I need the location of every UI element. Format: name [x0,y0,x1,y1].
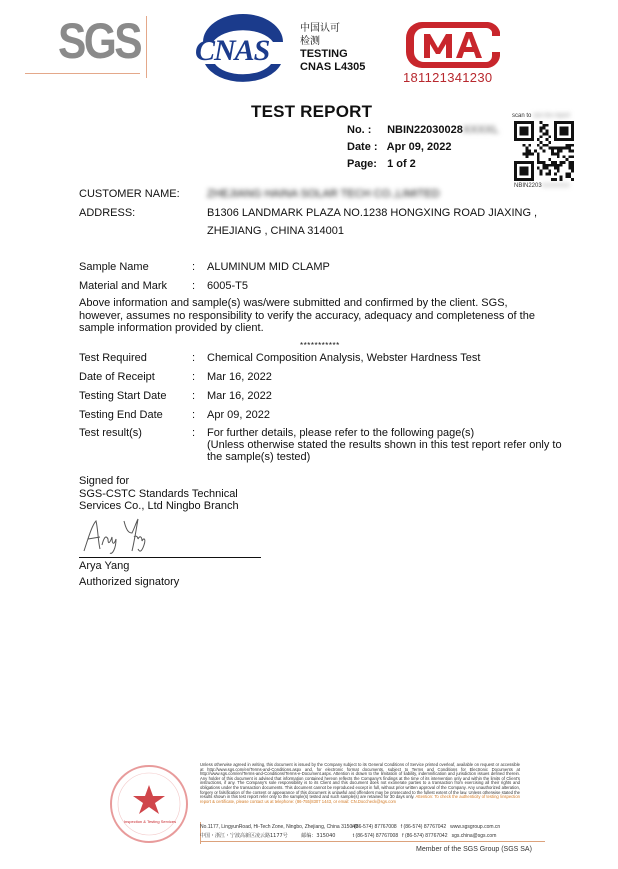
test-row-label: Test Required [79,352,147,364]
qr-id-text: NBIN2203 [514,183,542,189]
seal-label: Inspection & Testing Services [122,819,178,824]
cnas-line: 检测 [300,35,365,48]
cnas-logo-text: CNAS [195,34,269,68]
handwritten-signature [80,515,150,557]
report-date-value: Apr 09, 2022 [387,141,452,153]
test-row-value: Apr 09, 2022 [207,409,270,421]
company-seal: Inspection & Testing Services [108,763,190,845]
email-link[interactable]: sgs.china@sgs.com [452,832,497,841]
cma-mark-icon [400,18,505,70]
sample-name-value: ALUMINUM MID CLAMP [207,261,330,273]
qr-caption: scan to see the report [512,113,570,119]
qr-code[interactable] [514,120,574,182]
fax: f (86-574) 87767042 [402,832,450,841]
cma-number: 181121341230 [403,70,492,85]
customer-name-label: CUSTOMER NAME: [79,188,180,200]
contact-info: No.1177, LingyunRoad, Hi-Tech Zone, Ning… [200,823,500,841]
report-page-label: Page: [347,158,384,170]
address-line-1: B1306 LANDMARK PLAZA NO.1238 HONGXING RO… [207,207,537,219]
cnas-line: CNAS L4305 [300,61,365,74]
report-number-label: No. : [347,124,384,136]
test-row-label: Test result(s) [79,427,142,439]
website-link[interactable]: www.sgsgroup.com.cn [450,823,500,832]
test-row-value: For further details, please refer to the… [207,427,474,439]
test-row-label: Testing Start Date [79,390,166,402]
signatory-name: Arya Yang [79,560,129,572]
qr-caption-redacted: see the report [533,113,570,119]
qr-caption-text: scan to [512,113,531,119]
colon: : [192,409,195,421]
test-row-value: Chemical Composition Analysis, Webster H… [207,352,481,364]
address-cn: 中国・浙江・宁波高新区凌云路1177号 [200,832,300,841]
cnas-line: TESTING [300,48,365,61]
report-page-row: Page: 1 of 2 [347,158,416,170]
signature-line [79,557,261,558]
colon: : [192,390,195,402]
cnas-line: 中国认可 [300,22,365,35]
material-label: Material and Mark [79,280,167,292]
sample-name-label: Sample Name [79,261,149,273]
address-label: ADDRESS: [79,207,135,219]
signature-block: Signed for SGS-CSTC Standards Technical … [79,475,239,513]
cnas-accreditation-text: 中国认可 检测 TESTING CNAS L4305 [300,22,365,74]
sgs-logo-text: SGS [58,12,140,70]
signed-for-label: Signed for [79,475,239,488]
address-line-2: ZHEJIANG , CHINA 314001 [207,225,344,237]
colon: : [192,261,195,273]
report-number-value: NBIN22030028 [387,124,463,136]
signature-icon [80,515,150,557]
seal-star-icon [108,763,190,845]
signatory-role: Authorized signatory [79,576,179,588]
qr-id-redacted: XXXXXXX [542,183,570,189]
qr-id: NBIN2203XXXXXXX [514,183,570,189]
footer-divider [200,841,545,842]
signing-company-line-2: Services Co., Ltd Ningbo Branch [79,500,239,513]
colon: : [192,352,195,364]
colon: : [192,280,195,292]
section-separator: *********** [300,341,340,350]
sgs-logo-rule [25,73,140,74]
address-en: No.1177, LingyunRoad, Hi-Tech Zone, Ning… [200,823,350,832]
cma-logo: 181121341230 [400,18,505,93]
sgs-logo: SGS [50,18,140,68]
phone: t (86-574) 87767008 [351,823,399,832]
sgs-group-membership: Member of the SGS Group (SGS SA) [416,846,532,853]
colon: : [192,371,195,383]
cnas-logo: CNAS [193,12,293,90]
result-note-line-1: (Unless otherwise stated the results sho… [207,439,562,451]
client-disclaimer: Above information and sample(s) was/were… [79,297,549,335]
report-date-row: Date : Apr 09, 2022 [347,141,451,153]
report-title: TEST REPORT [251,102,372,122]
test-row-value: Mar 16, 2022 [207,371,272,383]
report-number-row: No. : NBIN22030028XXXXL [347,124,499,136]
report-date-label: Date : [347,141,384,153]
signing-company-line-1: SGS-CSTC Standards Technical [79,488,239,501]
qr-code-icon [514,120,574,182]
customer-name-value: ZHEJIANG HAINA SOLAR TECH CO.,LIMITED [207,188,440,200]
result-note-line-2: the sample(s) tested) [207,451,310,463]
postcode: 邮编：315040 [301,832,351,841]
test-row-label: Date of Receipt [79,371,155,383]
phone: t (86-574) 87767008 [353,832,401,841]
material-value: 6005-T5 [207,280,248,292]
sgs-logo-rule [146,16,147,78]
report-number-redacted: XXXXL [463,124,499,136]
fax: f (86-574) 87767042 [401,823,449,832]
terms-fine-print: Unless otherwise agreed in writing, this… [200,763,520,804]
test-row-value: Mar 16, 2022 [207,390,272,402]
colon: : [192,427,195,439]
report-page-value: 1 of 2 [387,158,416,170]
test-row-label: Testing End Date [79,409,163,421]
